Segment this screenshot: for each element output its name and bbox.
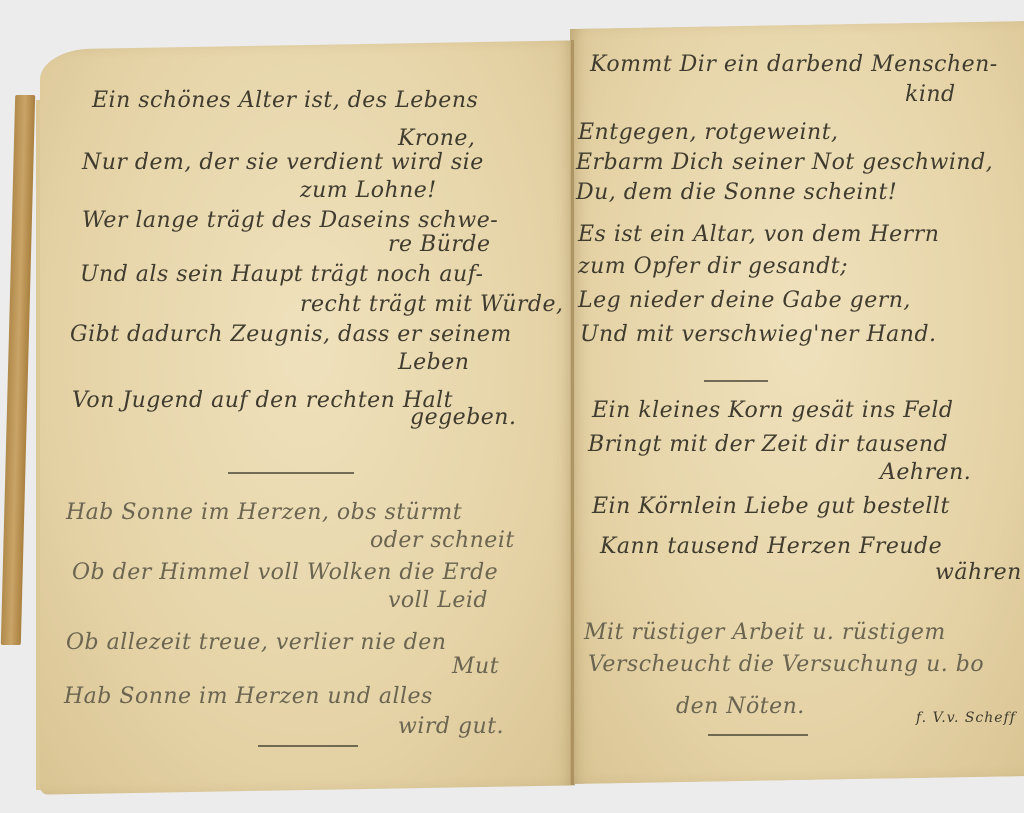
handwritten-line: voll Leid: [388, 588, 488, 613]
handwritten-line: Es ist ein Altar, von dem Herrn: [578, 222, 939, 247]
section-divider: [708, 734, 808, 736]
handwritten-line: Wer lange trägt des Daseins schwe-: [82, 208, 498, 233]
handwritten-line: Hab Sonne im Herzen, obs stürmt: [66, 500, 462, 525]
handwritten-line: zum Opfer dir gesandt;: [578, 254, 848, 279]
handwritten-line: gegeben.: [410, 405, 516, 430]
handwritten-line: Aehren.: [880, 460, 971, 485]
handwritten-line: Leg nieder deine Gabe gern,: [578, 288, 911, 313]
section-divider: [704, 380, 768, 382]
notebook-photo: Ein schönes Alter ist, des Lebens Krone,…: [0, 0, 1024, 813]
handwritten-line: Und mit verschwieg'ner Hand.: [580, 322, 937, 347]
handwritten-line: Du, dem die Sonne scheint!: [576, 180, 897, 205]
handwritten-line: wird gut.: [398, 714, 504, 739]
section-divider: [228, 472, 354, 474]
handwritten-line: Krone,: [398, 126, 475, 151]
handwritten-line: Kann tausend Herzen Freude: [600, 534, 942, 559]
handwritten-line: oder schneit: [370, 528, 515, 553]
handwritten-line: Ein schönes Alter ist, des Lebens: [92, 88, 478, 113]
handwritten-line: Ob allezeit treue, verlier nie den: [66, 630, 446, 655]
handwritten-line: Verscheucht die Versuchung u. bo: [588, 652, 984, 677]
handwritten-line: Gibt dadurch Zeugnis, dass er seinem: [70, 322, 512, 347]
handwritten-line: Und als sein Haupt trägt noch auf-: [80, 262, 483, 287]
handwritten-line: Hab Sonne im Herzen und alles: [64, 684, 433, 709]
handwritten-line: zum Lohne!: [300, 178, 437, 203]
handwritten-line: Entgegen, rotgeweint,: [578, 120, 839, 145]
handwritten-line: währen: [935, 560, 1022, 585]
section-divider: [258, 745, 358, 747]
handwritten-line: den Nöten.: [676, 694, 805, 719]
handwritten-line: Erbarm Dich seiner Not geschwind,: [576, 150, 993, 175]
handwritten-line: Ob der Himmel voll Wolken die Erde: [72, 560, 498, 585]
handwritten-line: Kommt Dir ein darbend Menschen-: [590, 52, 998, 77]
book-spine: [571, 40, 574, 785]
handwritten-line: Bringt mit der Zeit dir tausend: [588, 432, 948, 457]
handwritten-line: recht trägt mit Würde,: [300, 292, 563, 317]
handwritten-line: Mut: [452, 654, 499, 679]
handwritten-line: Ein Körnlein Liebe gut bestellt: [592, 494, 950, 519]
loose-page-strip: [1, 95, 35, 645]
signature: f. V.v. Scheff: [916, 710, 1016, 726]
handwritten-line: Nur dem, der sie verdient wird sie: [82, 150, 484, 175]
handwritten-line: Leben: [398, 350, 469, 375]
handwritten-line: Von Jugend auf den rechten Halt: [72, 388, 453, 413]
handwritten-line: kind: [905, 82, 956, 107]
handwritten-line: Mit rüstiger Arbeit u. rüstigem: [584, 620, 946, 645]
handwritten-line: Ein kleines Korn gesät ins Feld: [592, 398, 953, 423]
handwritten-line: re Bürde: [388, 232, 490, 257]
